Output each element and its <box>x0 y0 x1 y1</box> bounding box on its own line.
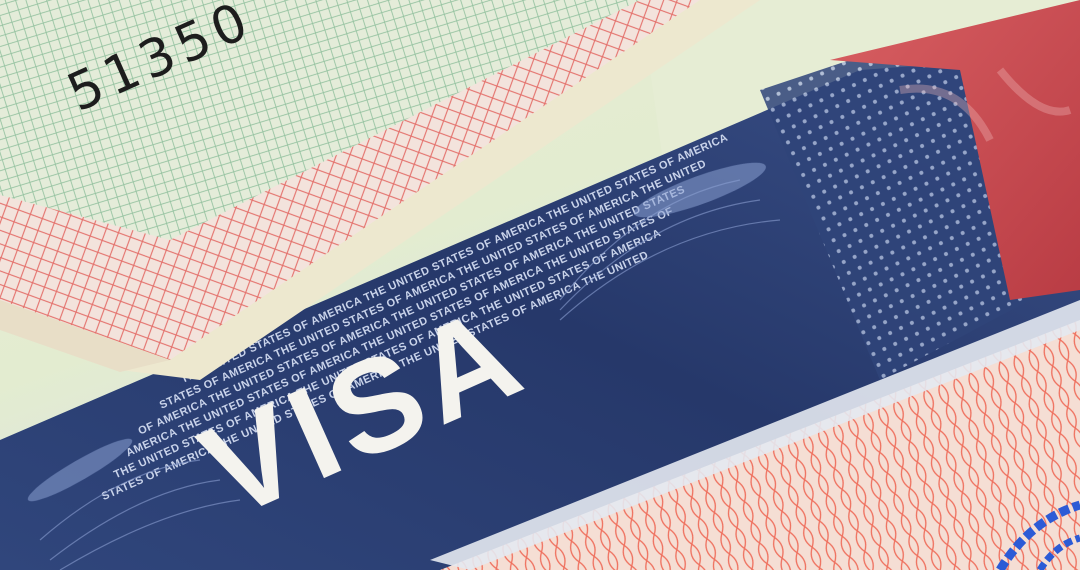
visa-photo: THE UNITED STATES OF AMERICA THE UNITED … <box>0 0 1080 570</box>
photo-illustration: THE UNITED STATES OF AMERICA THE UNITED … <box>0 0 1080 570</box>
